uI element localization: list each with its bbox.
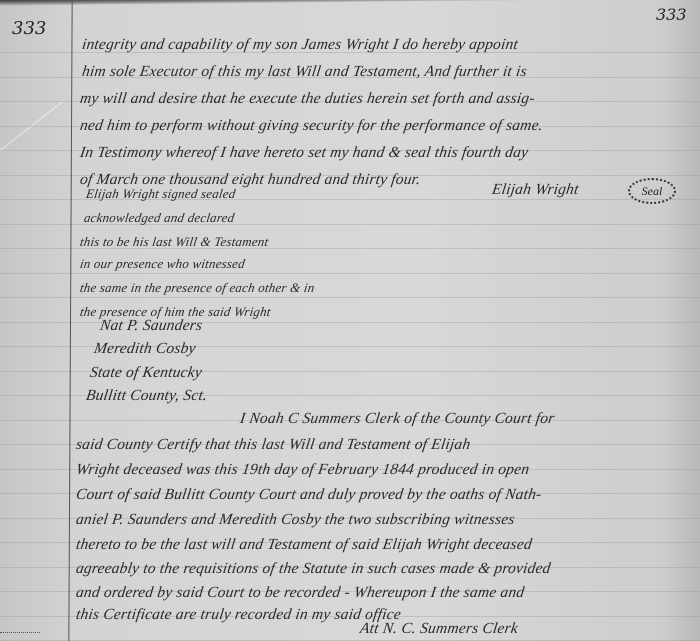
body-line: integrity and capability of my son James…	[81, 36, 520, 54]
page-top-edge-shadow	[0, 0, 700, 6]
certificate-line: this Certificate are truly recorded in m…	[75, 606, 402, 624]
dotted-rule	[0, 632, 40, 633]
certificate-line: Court of said Bullitt County Court and d…	[75, 486, 543, 504]
venue-county: Bullitt County, Sct.	[85, 387, 209, 405]
attestation-line: acknowledged and declared	[83, 210, 236, 226]
page-number-right: 333	[656, 5, 687, 24]
witness-signature: Nat P. Saunders	[99, 317, 204, 335]
attestation-line: the same in the presence of each other &…	[79, 280, 316, 296]
venue-state: State of Kentucky	[89, 364, 203, 382]
certificate-line: thereto to be the last will and Testamen…	[75, 536, 533, 554]
certificate-line: and ordered by said Court to be recorded…	[75, 584, 526, 602]
body-line: In Testimony whereof I have hereto set m…	[79, 144, 530, 162]
witness-signature: Meredith Cosby	[93, 340, 197, 358]
ruled-line	[0, 297, 700, 298]
attestation-line: this to be his last Will & Testament	[79, 234, 270, 250]
seal-mark: Seal	[628, 178, 676, 204]
clerk-signature: Att N. C. Summers Clerk	[359, 620, 519, 638]
ledger-page: 333 333 integrity and capability of my s…	[0, 0, 700, 641]
ruled-line	[0, 273, 700, 274]
certificate-line: agreeably to the requisitions of the Sta…	[75, 560, 552, 578]
seal-label: Seal	[642, 184, 663, 199]
page-number-left: 333	[12, 18, 46, 39]
certificate-line: I Noah C Summers Clerk of the County Cou…	[239, 410, 556, 428]
body-line: my will and desire that he execute the d…	[79, 90, 536, 108]
certificate-line: aniel P. Saunders and Meredith Cosby the…	[75, 511, 516, 529]
attestation-line: Elijah Wright signed sealed	[85, 186, 237, 202]
testator-signature: Elijah Wright	[491, 181, 580, 199]
margin-rule	[68, 0, 72, 641]
body-line: ned him to perform without giving securi…	[79, 117, 544, 135]
body-line: him sole Executor of this my last Will a…	[81, 63, 528, 81]
attestation-line: in our presence who witnessed	[79, 256, 246, 272]
certificate-line: Wright deceased was this 19th day of Feb…	[75, 461, 531, 479]
certificate-line: said County Certify that this last Will …	[75, 436, 472, 454]
